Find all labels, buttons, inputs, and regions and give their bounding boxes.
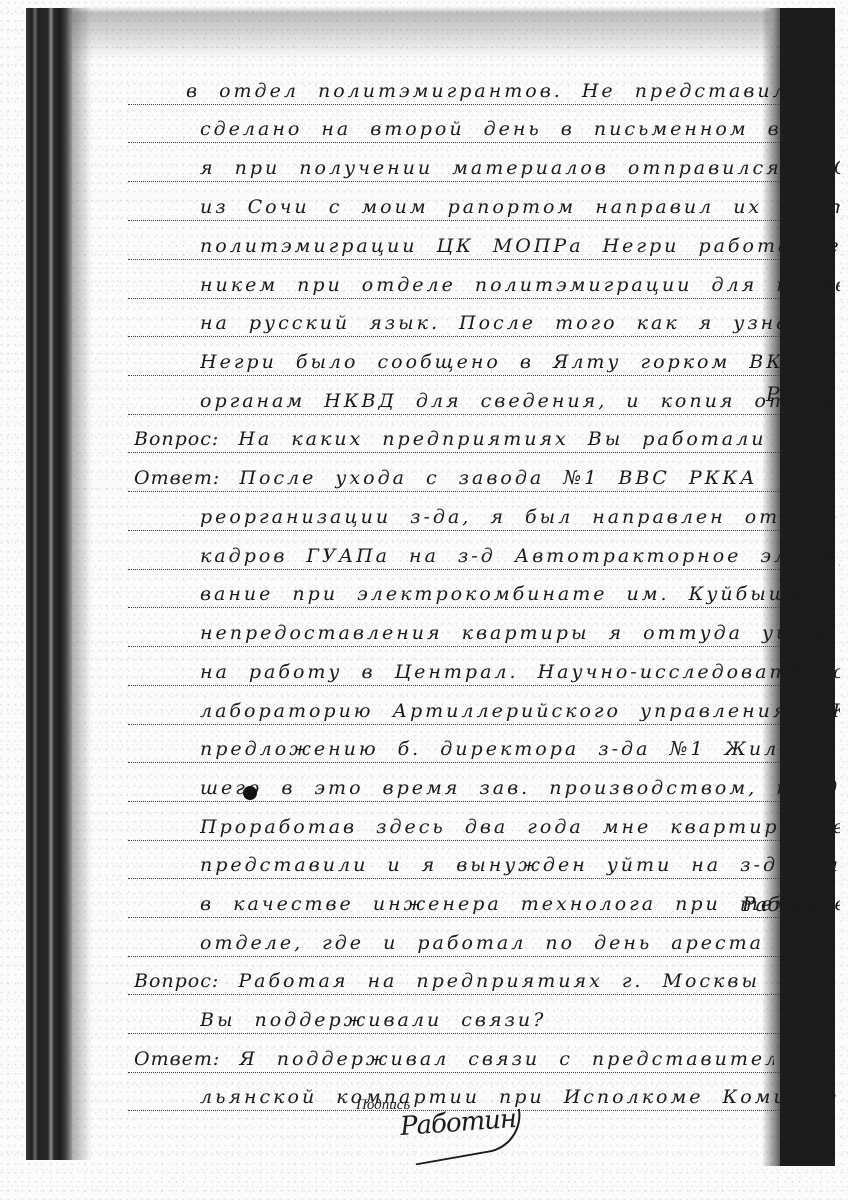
line-text: политэмиграции ЦК МОПРа Негри работавшег… bbox=[200, 235, 840, 257]
ruled-line bbox=[128, 530, 780, 531]
text-line: Негри было сообщено в Ялту горком ВКП(б) bbox=[200, 351, 839, 373]
text-line: из Сочи с моим рапортом направил их в от… bbox=[200, 196, 840, 218]
line-text: органам НКВД для сведения, и копия отдел… bbox=[200, 390, 840, 412]
ruled-line bbox=[128, 181, 780, 182]
ruled-line bbox=[128, 878, 780, 879]
line-text: Негри было сообщено в Ялту горком ВКП(б) bbox=[200, 351, 839, 373]
ruled-line bbox=[128, 685, 780, 686]
text-line: на русский язык. После того как я узна bbox=[200, 312, 791, 334]
answer-label: Ответ: bbox=[134, 467, 220, 489]
ruled-line bbox=[128, 452, 780, 453]
top-smudge bbox=[70, 10, 770, 60]
margin-initials: Раб bbox=[766, 382, 804, 406]
qa-line: Ответ: Я поддерживал связи с представите… bbox=[134, 1048, 774, 1070]
line-text: шего в это время зав. производством, на … bbox=[200, 777, 840, 799]
ruled-line bbox=[128, 646, 780, 647]
text-line: органам НКВД для сведения, и копия отдел… bbox=[200, 390, 840, 412]
ink-blot bbox=[243, 786, 257, 800]
text-line: лабораторию Артиллерийского управления Р… bbox=[200, 700, 840, 722]
ruled-line bbox=[128, 569, 780, 570]
line-text: представили и я вынужден уйти на з-д "Ка… bbox=[200, 854, 840, 876]
line-text: никем при отделе политэмиграции для пере… bbox=[200, 274, 840, 296]
ruled-line bbox=[128, 840, 780, 841]
line-text: Я поддерживал связи с представителем ита bbox=[239, 1048, 774, 1070]
question-label: Вопрос: bbox=[134, 970, 219, 992]
ruled-line bbox=[128, 917, 780, 918]
ruled-line bbox=[128, 414, 780, 415]
line-text: сделано на второй день в письменном виде… bbox=[200, 118, 840, 140]
ruled-line bbox=[128, 994, 780, 995]
text-line: политэмиграции ЦК МОПРа Негри работавшег… bbox=[200, 235, 840, 257]
ruled-line bbox=[128, 607, 780, 608]
line-text: На каких предприятиях Вы работали в Моск… bbox=[238, 428, 774, 450]
line-text: из Сочи с моим рапортом направил их в от… bbox=[200, 196, 840, 218]
qa-line: Вопрос: Работая на предприятиях г. Москв… bbox=[134, 970, 774, 992]
line-text: Работая на предприятиях г. Москвы с кем bbox=[238, 970, 774, 992]
line-text: Проработав здесь два года мне квартиры н… bbox=[200, 816, 840, 838]
text-line: предложению б. директора з-да №1 Жилова … bbox=[200, 738, 840, 760]
text-line: вание при электрокомбинате им. Куйбышева bbox=[200, 583, 832, 605]
text-line: на работу в Централ. Научно-исследовател… bbox=[200, 661, 840, 683]
ruled-line bbox=[128, 375, 780, 376]
text-line: сделано на второй день в письменном виде… bbox=[200, 118, 840, 140]
ruled-line bbox=[128, 104, 780, 105]
line-text: на русский язык. После того как я узна bbox=[200, 312, 791, 334]
text-line: в отдел политэмигрантов. Не представилос… bbox=[186, 80, 826, 102]
line-text: кадров ГУАПа на з-д Автотракторное элект… bbox=[200, 545, 840, 567]
text-line: реорганизации з-да, я был направлен отде… bbox=[200, 506, 839, 528]
text-line: никем при отделе политэмиграции для пере… bbox=[200, 274, 840, 296]
ruled-line bbox=[128, 762, 780, 763]
margin-initials: Раб bbox=[742, 892, 780, 916]
line-text: непредоставления квартиры я оттуда ушел … bbox=[200, 622, 840, 644]
text-line: шего в это время зав. производством, на … bbox=[200, 777, 840, 799]
ruled-line bbox=[128, 1072, 780, 1073]
line-text: Вы поддерживали связи? bbox=[200, 1009, 546, 1031]
line-text: предложению б. директора з-да №1 Жилова … bbox=[200, 738, 840, 760]
ruled-line bbox=[128, 491, 780, 492]
line-text: реорганизации з-да, я был направлен отде… bbox=[200, 506, 839, 528]
left-binding-edge bbox=[26, 8, 72, 1160]
ruled-line bbox=[128, 801, 780, 802]
ruled-line bbox=[128, 724, 780, 725]
line-text: После ухода с завода №1 ВВС РККА из bbox=[239, 467, 774, 489]
text-line: кадров ГУАПа на з-д Автотракторное элект… bbox=[200, 545, 840, 567]
line-text: в отдел политэмигрантов. Не представилос… bbox=[186, 80, 826, 102]
line-text: на работу в Централ. Научно-исследовател… bbox=[200, 661, 840, 683]
text-line: Вы поддерживали связи? bbox=[200, 1009, 546, 1031]
ruled-line bbox=[128, 259, 780, 260]
line-text: лабораторию Артиллерийского управления Р… bbox=[200, 700, 840, 722]
scanned-page: в отдел политэмигрантов. Не представилос… bbox=[0, 0, 848, 1200]
text-line: льянской компартии при Исполкоме Коминте bbox=[200, 1086, 839, 1108]
ruled-line bbox=[128, 956, 780, 957]
ruled-line bbox=[128, 220, 780, 221]
text-line: отделе, где и работал по день ареста — bbox=[200, 932, 805, 954]
text-line: непредоставления квартиры я оттуда ушел … bbox=[200, 622, 840, 644]
qa-line: Вопрос: На каких предприятиях Вы работал… bbox=[134, 428, 774, 450]
line-text: льянской компартии при Исполкоме Коминте bbox=[200, 1086, 839, 1108]
ruled-line bbox=[128, 298, 780, 299]
qa-line: Ответ: После ухода с завода №1 ВВС РККА … bbox=[134, 467, 774, 489]
line-text: я при получении материалов отправился в … bbox=[200, 157, 840, 179]
text-line: представили и я вынужден уйти на з-д "Ка… bbox=[200, 854, 840, 876]
text-line: я при получении материалов отправился в … bbox=[200, 157, 840, 179]
text-line: Проработав здесь два года мне квартиры н… bbox=[200, 816, 840, 838]
answer-label: Ответ: bbox=[134, 1048, 220, 1070]
ruled-line bbox=[128, 1033, 780, 1034]
ruled-line bbox=[128, 336, 780, 337]
line-text: отделе, где и работал по день ареста — bbox=[200, 932, 805, 954]
line-text: вание при электрокомбинате им. Куйбышева bbox=[200, 583, 832, 605]
question-label: Вопрос: bbox=[134, 428, 219, 450]
ruled-line bbox=[128, 142, 780, 143]
left-binding-shadow bbox=[72, 8, 92, 1160]
